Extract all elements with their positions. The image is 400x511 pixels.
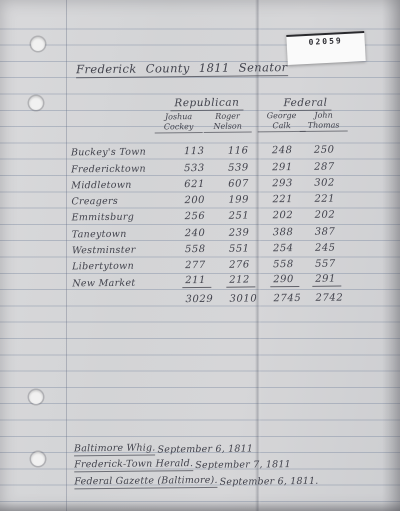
vote-count: 211 <box>182 275 211 288</box>
vote-count: 291 <box>312 273 341 286</box>
vote-count: 212 <box>226 274 255 287</box>
table-row: Middletown 621 607 293 302 <box>71 172 381 192</box>
citation-line: Federal Gazette (Baltimore). September 6… <box>74 470 318 489</box>
handwritten-content: Frederick County 1811 Senator Republican… <box>0 0 400 511</box>
vote-count: 291 <box>269 161 311 172</box>
table-row: Buckey's Town 113 116 248 250 <box>71 139 381 159</box>
vote-count: 293 <box>269 178 311 189</box>
republican-party-header: Republican <box>170 97 243 112</box>
vote-count: 256 <box>182 211 226 222</box>
totals-spacer <box>73 305 183 306</box>
page-title: Frederick County 1811 Senator <box>76 60 288 78</box>
table-row: Emmitsburg 256 251 202 202 <box>71 204 381 224</box>
table-row-new-market: New Market 211 212 290 291 <box>72 269 382 289</box>
town-label: Libertytown <box>72 261 182 273</box>
candidate-first-name: Roger <box>203 111 251 121</box>
town-label: Buckey's Town <box>71 146 181 158</box>
vote-count: 276 <box>226 260 270 271</box>
citation-date: September 6, 1811. <box>220 476 319 488</box>
vote-count: 116 <box>225 146 269 157</box>
vote-count: 287 <box>311 161 357 172</box>
vote-count: 277 <box>182 260 226 271</box>
candidate-last-name: Nelson <box>204 121 252 131</box>
vote-count: 607 <box>225 178 269 189</box>
citation-line: Frederick-Town Herald. September 7, 1811 <box>74 453 318 472</box>
vote-count: 248 <box>269 145 311 156</box>
citation-date: September 7, 1811 <box>195 459 291 471</box>
town-label: Fredericktown <box>71 163 181 175</box>
total-value: 2742 <box>312 292 358 303</box>
candidate-john-thomas: John Thomas <box>299 110 347 132</box>
citation-date: September 6, 1811 <box>157 443 253 455</box>
vote-count: 558 <box>182 244 226 255</box>
table-row: Libertytown 277 276 558 557 <box>72 253 382 273</box>
citation-source: Baltimore Whig. <box>74 442 156 456</box>
total-value: 3010 <box>226 293 270 304</box>
town-label: Emmitsburg <box>72 212 182 224</box>
town-label: Creagers <box>71 195 181 207</box>
vote-count: 533 <box>181 162 225 173</box>
table-row: Creagers 200 199 221 221 <box>71 188 381 208</box>
citation-source: Federal Gazette (Baltimore). <box>74 475 217 489</box>
vote-count: 551 <box>226 243 270 254</box>
vote-count: 558 <box>270 259 312 270</box>
total-value: 3029 <box>182 294 226 305</box>
federal-party-header: Federal <box>279 97 331 112</box>
vote-count: 240 <box>182 228 226 239</box>
candidate-george-calk: George Calk <box>257 111 305 133</box>
citation-source: Frederick-Town Herald. <box>74 458 193 472</box>
town-label: New Market <box>72 277 182 289</box>
vote-count: 221 <box>269 194 311 205</box>
vote-count: 302 <box>311 177 357 188</box>
scanned-ledger-page: 02059 Frederick County 1811 Senator Repu… <box>0 0 400 511</box>
vote-count: 250 <box>311 145 357 156</box>
vote-count: 557 <box>312 259 358 270</box>
table-row: Fredericktown 533 539 291 287 <box>71 155 381 175</box>
vote-count: 245 <box>312 242 358 253</box>
vote-count: 251 <box>226 211 270 222</box>
vote-count: 539 <box>225 162 269 173</box>
vote-count: 290 <box>270 274 299 287</box>
vote-count: 200 <box>181 195 225 206</box>
total-value: 2745 <box>270 293 312 304</box>
candidate-first-name: George <box>257 111 305 121</box>
table-row: Taneytown 240 239 388 387 <box>72 221 382 241</box>
vote-count: 221 <box>311 194 357 205</box>
candidate-first-name: Joshua <box>154 112 202 122</box>
candidate-last-name: Cockey <box>155 122 203 132</box>
vote-count: 388 <box>270 227 312 238</box>
vote-count: 202 <box>312 210 358 221</box>
source-citations: Baltimore Whig. September 6, 1811 Freder… <box>74 437 319 489</box>
results-table: Buckey's Town 113 116 248 250 Frederickt… <box>71 139 383 306</box>
candidate-last-name: Calk <box>258 120 306 130</box>
town-label: Middletown <box>71 179 181 191</box>
candidate-last-name: Thomas <box>300 120 348 130</box>
table-row: Westminster 558 551 254 245 <box>72 237 382 257</box>
vote-count: 202 <box>270 210 312 221</box>
totals-row: 3029 3010 2745 2742 <box>72 287 382 307</box>
vote-count: 113 <box>181 146 225 157</box>
vote-count: 199 <box>225 194 269 205</box>
town-label: Taneytown <box>72 228 182 240</box>
candidate-roger-nelson: Roger Nelson <box>203 111 251 133</box>
vote-count: 387 <box>312 226 358 237</box>
vote-count: 254 <box>270 243 312 254</box>
candidate-joshua-cockey: Joshua Cockey <box>154 112 202 134</box>
town-label: Westminster <box>72 244 182 256</box>
vote-count: 239 <box>226 227 270 238</box>
vote-count: 621 <box>181 179 225 190</box>
candidate-first-name: John <box>299 110 347 120</box>
